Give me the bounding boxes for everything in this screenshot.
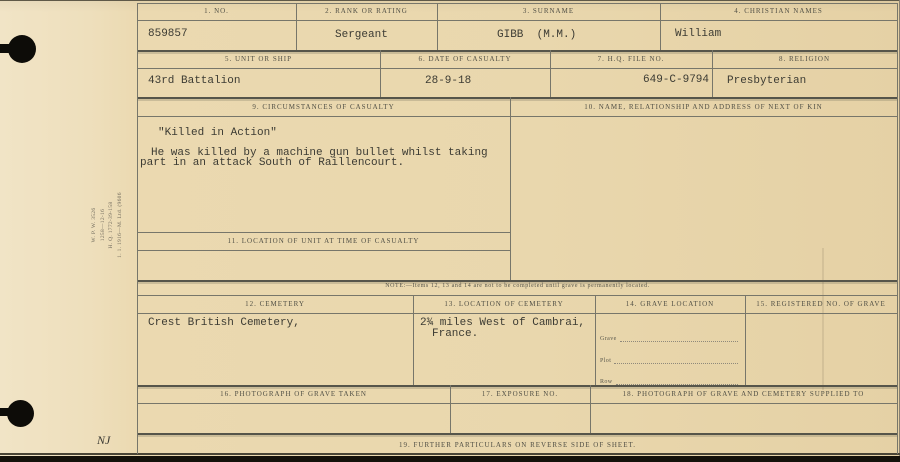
- rule-horizontal: [137, 403, 898, 404]
- value-date-of-casualty: 28-9-18: [425, 76, 471, 87]
- rule-horizontal: [137, 385, 898, 387]
- label-rank: 2. RANK OR RATING: [296, 6, 437, 17]
- value-hq-file-no: 649-C-9794: [643, 75, 709, 86]
- label-circumstances: 9. CIRCUMSTANCES OF CASUALTY: [137, 102, 510, 113]
- rule-vertical: [137, 3, 138, 454]
- paper-crease: [822, 248, 824, 390]
- value-circumstances-line3: part in an attack South of Raillencourt.: [140, 158, 404, 169]
- label-cemetery-location: 13. LOCATION OF CEMETERY: [413, 299, 595, 310]
- rule-horizontal: [137, 232, 510, 233]
- rule-horizontal: [137, 295, 898, 296]
- rule-horizontal: [137, 250, 510, 251]
- label-registered-no: 15. REGISTERED NO. OF GRAVE: [745, 299, 897, 310]
- label-cemetery: 12. CEMETERY: [137, 299, 413, 310]
- plot-line-row: Plot: [600, 352, 738, 364]
- scan-edge-bottom: [0, 456, 900, 462]
- plot-label: Plot: [600, 358, 611, 364]
- margin-annotation: NJ: [97, 433, 110, 448]
- rule-horizontal: [137, 280, 898, 282]
- printer-imprint: W. P. W. 3526 1258—12-16 H. Q. 1772-39-1…: [90, 160, 124, 290]
- dotted-leader: [616, 381, 738, 385]
- row-line-row: Row: [600, 373, 738, 385]
- label-exposure-no: 17. EXPOSURE NO.: [450, 389, 590, 400]
- imprint-line: H. Q. 1772-39-158: [107, 160, 116, 290]
- value-christian-names: William: [675, 29, 721, 40]
- imprint-line: 1258—12-16: [98, 160, 107, 290]
- label-date-of-casualty: 6. DATE OF CASUALTY: [380, 54, 550, 65]
- dotted-leader: [620, 338, 738, 342]
- rule-horizontal: [137, 116, 898, 117]
- label-photo-taken: 16. PHOTOGRAPH OF GRAVE TAKEN: [137, 389, 450, 400]
- card-bottom-rule: [0, 453, 900, 455]
- label-unit: 5. UNIT OR SHIP: [137, 54, 380, 65]
- value-rank: Sergeant: [335, 30, 388, 41]
- grave-line-row: Grave: [600, 330, 738, 342]
- label-hq-file-no: 7. H.Q. FILE NO.: [550, 54, 712, 65]
- scan-edge-top: [0, 0, 900, 1]
- value-no: 859857: [148, 29, 188, 40]
- label-surname: 3. SURNAME: [437, 6, 660, 17]
- footer-note: 19. FURTHER PARTICULARS ON REVERSE SIDE …: [137, 440, 898, 451]
- value-religion: Presbyterian: [727, 76, 806, 87]
- dotted-leader: [614, 360, 738, 364]
- label-religion: 8. RELIGION: [712, 54, 897, 65]
- rule-horizontal: [137, 97, 898, 99]
- rule-vertical: [510, 97, 511, 280]
- label-grave-location: 14. GRAVE LOCATION: [595, 299, 745, 310]
- rule-horizontal: [137, 68, 898, 69]
- value-surname: GIBB (M.M.): [497, 30, 576, 41]
- imprint-line: 1. 1. 1916—M. Ltd. (9606: [116, 160, 125, 290]
- label-next-of-kin: 10. NAME, RELATIONSHIP AND ADDRESS OF NE…: [510, 102, 897, 113]
- imprint-line: W. P. W. 3526: [90, 160, 99, 290]
- value-unit: 43rd Battalion: [148, 76, 240, 87]
- rule-horizontal: [137, 3, 898, 4]
- binder-hole-top-stub: [0, 44, 14, 53]
- row-label: Row: [600, 379, 613, 385]
- value-circumstances-line1: "Killed in Action": [158, 128, 277, 139]
- binder-hole-bottom-stub: [0, 408, 12, 416]
- rule-horizontal: [137, 50, 898, 52]
- value-cemetery: Crest British Cemetery,: [148, 318, 300, 329]
- label-unit-location: 11. LOCATION OF UNIT AT TIME OF CASUALTY: [137, 236, 510, 247]
- record-card: W. P. W. 3526 1258—12-16 H. Q. 1772-39-1…: [0, 0, 900, 462]
- value-cemetery-location-line2: France.: [432, 329, 478, 340]
- label-no: 1. NO.: [137, 6, 296, 17]
- rule-horizontal: [137, 433, 898, 435]
- completion-note: NOTE:—Items 12, 13 and 14 are not to be …: [137, 283, 898, 289]
- rule-horizontal: [137, 20, 898, 21]
- rule-vertical: [897, 3, 898, 454]
- label-christian-names: 4. CHRISTIAN NAMES: [660, 6, 897, 17]
- rule-horizontal: [137, 313, 898, 314]
- grave-label: Grave: [600, 336, 617, 342]
- label-photo-supplied: 18. PHOTOGRAPH OF GRAVE AND CEMETERY SUP…: [590, 389, 897, 400]
